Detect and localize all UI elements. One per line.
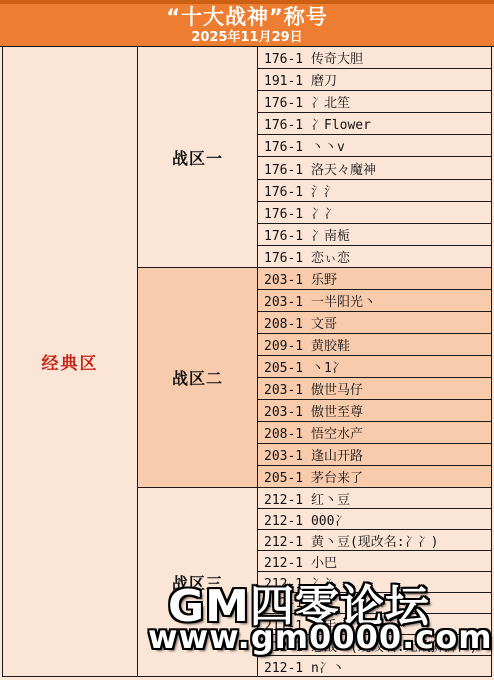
table-row: 211-1 丿手 bbox=[258, 614, 491, 635]
sections: 战区一176-1 传奇大胆191-1 磨刀176-1 冫北笙176-1 冫Flo… bbox=[138, 47, 491, 676]
classic-zone-cell: 经典区 bbox=[3, 47, 138, 676]
zone-cell: 战区二 bbox=[138, 268, 258, 487]
table-row: 203-1 傲世马仔 bbox=[258, 378, 491, 400]
table-row: 176-1 冫北笙 bbox=[258, 91, 491, 113]
table-row: 176-1 氵氵 bbox=[258, 180, 491, 202]
zone-section: 战区二203-1 乐野203-1 一半阳光丶208-1 文哥209-1 黄胶鞋2… bbox=[138, 268, 491, 488]
table-row: 212-1 冫冫 bbox=[258, 572, 491, 593]
table-row: 212-1 000冫 bbox=[258, 509, 491, 530]
table-row: 212-1 恋战丶(现改名:无敌狮狮冫) bbox=[258, 635, 491, 656]
zone-rows: 203-1 乐野203-1 一半阳光丶208-1 文哥209-1 黄胶鞋205-… bbox=[258, 268, 491, 487]
page: “十大战神”称号 2025年11月29日 经典区 战区一176-1 传奇大胆19… bbox=[0, 0, 494, 680]
table-row: 176-1 恋ぃ恋 bbox=[258, 246, 491, 267]
zone-cell: 战区一 bbox=[138, 47, 258, 267]
table-row: 205-1 丶1冫 bbox=[258, 356, 491, 378]
zone-label: 战区三 bbox=[172, 571, 223, 594]
zone-label: 战区一 bbox=[172, 146, 223, 169]
table-row: 176-1 冫Flower bbox=[258, 113, 491, 135]
table-header: “十大战神”称号 2025年11月29日 bbox=[0, 0, 494, 47]
table-row: 176-1 洛天々魔神 bbox=[258, 157, 491, 179]
zone-section: 战区三212-1 红丶豆212-1 000冫212-1 黄丶豆(现改名:冫冫)2… bbox=[138, 488, 491, 676]
table-row: 209-1 黄胶鞋 bbox=[258, 334, 491, 356]
table-row: 203-1 一半阳光丶 bbox=[258, 290, 491, 312]
table-row: 212-1 n冫丶 bbox=[258, 656, 491, 676]
table-row: 176-1 冫冫 bbox=[258, 202, 491, 224]
table-row: 203-1 乐野 bbox=[258, 268, 491, 290]
table-row: 212-1 黄丶豆(现改名:冫冫) bbox=[258, 530, 491, 551]
zone-label: 战区二 bbox=[172, 366, 223, 389]
zone-rows: 212-1 红丶豆212-1 000冫212-1 黄丶豆(现改名:冫冫)212-… bbox=[258, 488, 491, 676]
page-title: “十大战神”称号 bbox=[0, 4, 494, 30]
table-row: 208-1 悟空水产 bbox=[258, 422, 491, 444]
table-row: 212-1 bbox=[258, 593, 491, 614]
table-row: 203-1 逢山开路 bbox=[258, 444, 491, 466]
table-row: 176-1 传奇大胆 bbox=[258, 47, 491, 69]
classic-zone-label: 经典区 bbox=[42, 349, 99, 374]
header-date: 2025年11月29日 bbox=[0, 30, 494, 45]
table-row: 176-1 冫南栀 bbox=[258, 224, 491, 246]
zone-rows: 176-1 传奇大胆191-1 磨刀176-1 冫北笙176-1 冫Flower… bbox=[258, 47, 491, 267]
table-row: 208-1 文哥 bbox=[258, 312, 491, 334]
table-row: 176-1 丶丶v bbox=[258, 135, 491, 157]
table-row: 191-1 磨刀 bbox=[258, 69, 491, 91]
zone-section: 战区一176-1 传奇大胆191-1 磨刀176-1 冫北笙176-1 冫Flo… bbox=[138, 47, 491, 268]
table-row: 212-1 红丶豆 bbox=[258, 488, 491, 509]
zone-cell: 战区三 bbox=[138, 488, 258, 676]
ranking-table: 经典区 战区一176-1 传奇大胆191-1 磨刀176-1 冫北笙176-1 … bbox=[2, 47, 492, 677]
table-row: 203-1 傲世至尊 bbox=[258, 400, 491, 422]
table-row: 205-1 茅台来了 bbox=[258, 466, 491, 487]
table-row: 212-1 小巴 bbox=[258, 551, 491, 572]
